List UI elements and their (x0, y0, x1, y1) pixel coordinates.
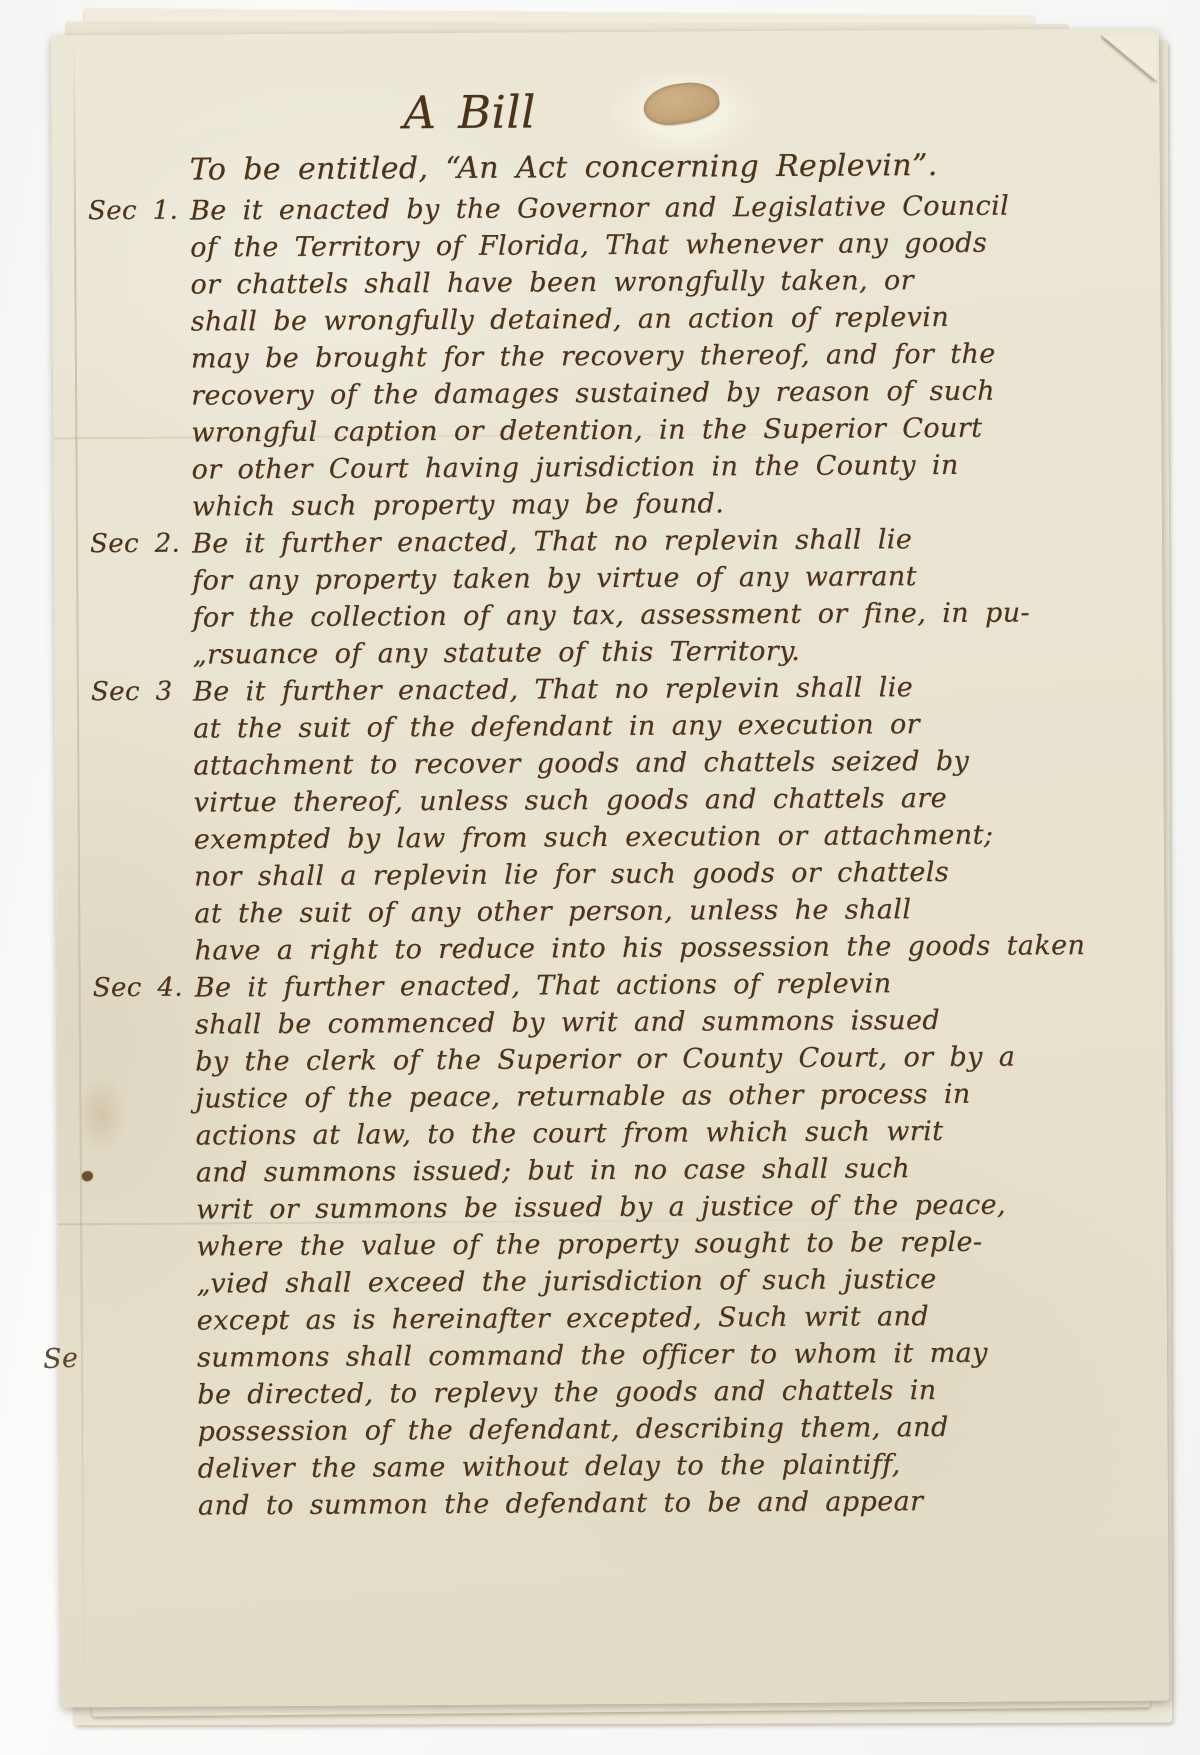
section-label: Sec 3 (91, 674, 193, 712)
section-2: Sec 2.Be it further enacted, That no rep… (90, 520, 1139, 674)
manuscript-line: possession of the defendant, describing … (197, 1408, 1143, 1451)
manuscript-line: where the value of the property sought t… (196, 1223, 1142, 1266)
manuscript-line: deliver the same without delay to the pl… (198, 1445, 1144, 1488)
document-subtitle: To be entitled, “An Act concerning Reple… (190, 143, 1136, 193)
photo-background: Se A Bill To be entitled, “An Act concer… (0, 0, 1200, 1755)
manuscript-line: recovery of the damages sustained by rea… (191, 372, 1137, 415)
manuscript-text: A Bill To be entitled, “An Act concernin… (87, 83, 1144, 1525)
section-1: Sec 1.Be it enacted by the Governor and … (88, 187, 1138, 526)
manuscript-line: wrongful caption or detention, in the Su… (191, 409, 1137, 452)
document-title: A Bill (403, 86, 536, 139)
section-body: Be it further enacted, That no replevin … (193, 668, 1141, 970)
section-body: Be it further enacted, That no replevin … (192, 520, 1139, 674)
manuscript-line: at the suit of the defendant in any exec… (193, 705, 1139, 748)
margin-text-fragment: Se (42, 1343, 79, 1375)
manuscript-line: „rsuance of any statute of this Territor… (193, 631, 1139, 674)
manuscript-line: have a right to reduce into his possessi… (194, 927, 1140, 970)
manuscript-line: and summons issued; but in no case shall… (196, 1149, 1142, 1192)
manuscript-line: of the Territory of Florida, That whenev… (190, 224, 1136, 267)
manuscript-line: Be it further enacted, That no replevin … (193, 668, 1139, 711)
manuscript-line: be directed, to replevy the goods and ch… (197, 1371, 1143, 1414)
manuscript-line: Be it enacted by the Governor and Legisl… (190, 187, 1136, 230)
vertical-crease (73, 35, 85, 1707)
manuscript-line: virtue thereof, unless such goods and ch… (193, 779, 1139, 822)
manuscript-line: by the clerk of the Superior or County C… (195, 1038, 1141, 1081)
manuscript-line: Be it further enacted, That actions of r… (195, 964, 1141, 1007)
manuscript-line: or chattels shall have been wrongfully t… (190, 261, 1136, 304)
manuscript-line: Be it further enacted, That no replevin … (192, 520, 1138, 563)
section-label: Sec 4. (93, 970, 195, 1008)
manuscript-line: exempted by law from such execution or a… (194, 816, 1140, 859)
section-3: Sec 3Be it further enacted, That no repl… (91, 668, 1141, 970)
section-label: Sec 2. (90, 526, 192, 564)
manuscript-line: writ or summons be issued by a justice o… (196, 1186, 1142, 1229)
manuscript-line: for any property taken by virtue of any … (192, 557, 1138, 600)
manuscript-line: attachment to recover goods and chattels… (193, 742, 1139, 785)
manuscript-line: summons shall command the officer to who… (197, 1334, 1143, 1377)
manuscript-line: or other Court having jurisdiction in th… (191, 446, 1137, 489)
section-body: Be it further enacted, That actions of r… (195, 964, 1144, 1525)
manuscript-line: „vied shall exceed the jurisdiction of s… (196, 1260, 1142, 1303)
folded-corner-crease (1101, 35, 1157, 83)
section-label: Sec 1. (88, 193, 190, 231)
sections-container: Sec 1.Be it enacted by the Governor and … (88, 187, 1144, 1525)
section-4: Sec 4.Be it further enacted, That action… (93, 964, 1144, 1525)
manuscript-line: at the suit of any other person, unless … (194, 890, 1140, 933)
manuscript-line: justice of the peace, returnable as othe… (195, 1075, 1141, 1118)
manuscript-page: Se A Bill To be entitled, “An Act concer… (51, 29, 1169, 1708)
manuscript-line: except as is hereinafter excepted, Such … (197, 1297, 1143, 1340)
manuscript-line: which such property may be found. (192, 483, 1138, 526)
manuscript-line: for the collection of any tax, assessmen… (192, 594, 1138, 637)
ink-blot (82, 1171, 93, 1181)
manuscript-line: actions at law, to the court from which … (196, 1112, 1142, 1155)
manuscript-line: nor shall a replevin lie for such goods … (194, 853, 1140, 896)
manuscript-line: and to summon the defendant to be and ap… (198, 1482, 1144, 1525)
section-body: Be it enacted by the Governor and Legisl… (190, 187, 1138, 526)
manuscript-line: may be brought for the recovery thereof,… (191, 335, 1137, 378)
manuscript-line: shall be commenced by writ and summons i… (195, 1001, 1141, 1044)
manuscript-line: shall be wrongfully detained, an action … (191, 298, 1137, 341)
